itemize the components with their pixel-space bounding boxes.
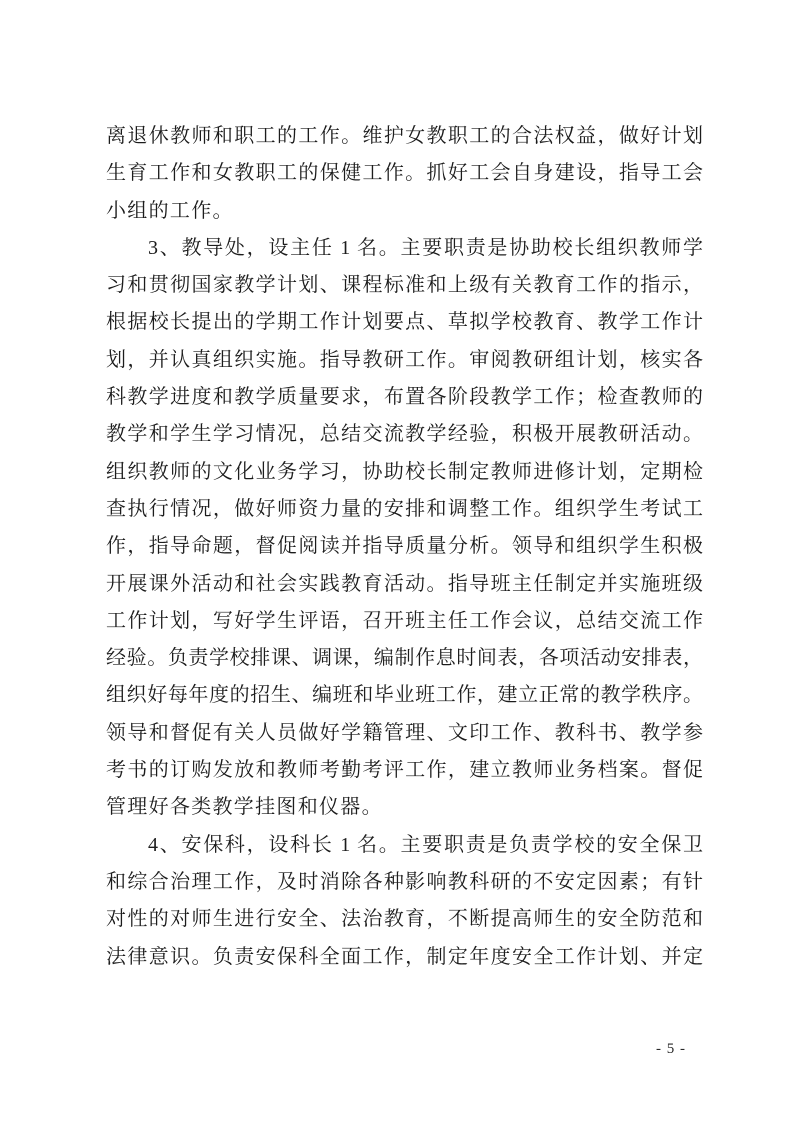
text-line: 领导和督促有关人员做好学籍管理、文印工作、教科书、教学参 xyxy=(106,715,703,752)
text-line: 教学和学生学习情况，总结交流教学经验，积极开展教研活动。 xyxy=(106,416,703,453)
text-line: 习和贯彻国家教学计划、课程标准和上级有关教育工作的指示， xyxy=(106,267,703,304)
text-line: 组织好每年度的招生、编班和毕业班工作，建立正常的教学秩序。 xyxy=(106,677,703,714)
text-line: 对性的对师生进行安全、法治教育，不断提高师生的安全防范和 xyxy=(106,901,703,938)
page-number: - 5 - xyxy=(636,1040,706,1058)
text-line: 开展课外活动和社会实践教育活动。指导班主任制定并实施班级 xyxy=(106,566,703,603)
text-line: 小组的工作。 xyxy=(106,193,703,230)
text-line: 作，指导命题，督促阅读并指导质量分析。领导和组织学生积极 xyxy=(106,528,703,565)
text-line: 离退休教师和职工的工作。维护女教职工的合法权益，做好计划 xyxy=(106,118,703,155)
document-body: 离退休教师和职工的工作。维护女教职工的合法权益，做好计划生育工作和女教职工的保健… xyxy=(106,118,703,976)
text-line: 3、教导处，设主任 1 名。主要职责是协助校长组织教师学 xyxy=(106,230,703,267)
text-line: 和综合治理工作，及时消除各种影响教科研的不安定因素；有针 xyxy=(106,864,703,901)
text-line: 4、安保科，设科长 1 名。主要职责是负责学校的安全保卫 xyxy=(106,827,703,864)
text-line: 管理好各类教学挂图和仪器。 xyxy=(106,789,703,826)
text-line: 划，并认真组织实施。指导教研工作。审阅教研组计划，核实各 xyxy=(106,342,703,379)
text-line: 组织教师的文化业务学习，协助校长制定教师进修计划，定期检 xyxy=(106,454,703,491)
document-page: 离退休教师和职工的工作。维护女教职工的合法权益，做好计划生育工作和女教职工的保健… xyxy=(0,0,793,1122)
text-line: 生育工作和女教职工的保健工作。抓好工会自身建设，指导工会 xyxy=(106,155,703,192)
text-line: 经验。负责学校排课、调课，编制作息时间表，各项活动安排表， xyxy=(106,640,703,677)
text-line: 根据校长提出的学期工作计划要点、草拟学校教育、教学工作计 xyxy=(106,304,703,341)
text-line: 查执行情况，做好师资力量的安排和调整工作。组织学生考试工 xyxy=(106,491,703,528)
text-line: 考书的订购发放和教师考勤考评工作，建立教师业务档案。督促 xyxy=(106,752,703,789)
text-line: 法律意识。负责安保科全面工作，制定年度安全工作计划、并定 xyxy=(106,939,703,976)
text-line: 工作计划，写好学生评语，召开班主任工作会议，总结交流工作 xyxy=(106,603,703,640)
text-line: 科教学进度和教学质量要求，布置各阶段教学工作；检查教师的 xyxy=(106,379,703,416)
